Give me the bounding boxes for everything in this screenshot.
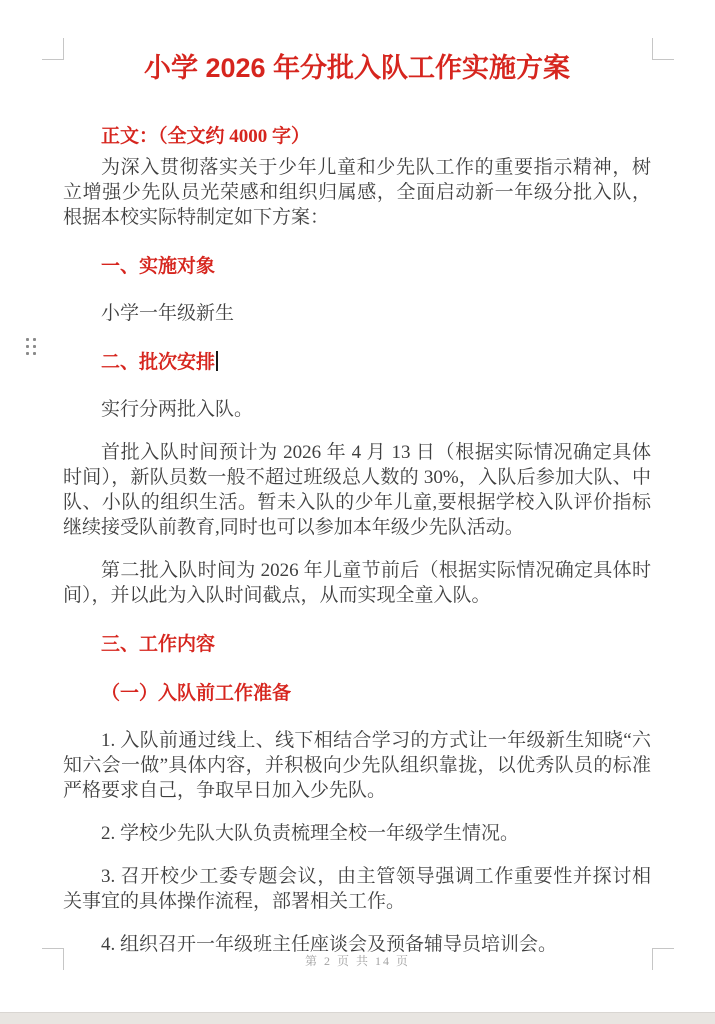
margin-mark-top-right [652,38,674,60]
paragraph[interactable]: 小学一年级新生 [63,301,651,326]
sub-section-heading[interactable]: （一）入队前工作准备 [63,681,651,706]
page-bottom-edge [0,1012,715,1024]
body-meta-line[interactable]: 正文：（全文约 4000 字） [63,124,651,149]
document-title[interactable]: 小学 2026 年分批入队工作实施方案 [63,50,651,86]
text-caret [216,351,218,371]
paragraph[interactable]: 第二批入队时间为 2026 年儿童节前后（根据实际情况确定具体时间），并以此为入… [63,558,651,608]
document-page: 小学 2026 年分批入队工作实施方案 正文：（全文约 4000 字）为深入贯彻… [0,0,715,1024]
page-number-indicator[interactable]: 第 2 页 共 14 页 [0,952,715,970]
document-body: 正文：（全文约 4000 字）为深入贯彻落实关于少年儿童和少先队工作的重要指示精… [0,124,715,957]
paragraph[interactable]: 3. 召开校少工委专题会议，由主管领导强调工作重要性并探讨相关事宜的具体操作流程… [63,864,651,914]
paragraph-drag-handle-icon[interactable] [26,338,36,355]
section-heading[interactable]: 二、批次安排 [63,350,651,375]
paragraph[interactable]: 实行分两批入队。 [63,397,651,422]
paragraph[interactable]: 为深入贯彻落实关于少年儿童和少先队工作的重要指示精神，树立增强少先队员光荣感和组… [63,155,651,230]
paragraph[interactable]: 首批入队时间预计为 2026 年 4 月 13 日（根据实际情况确定具体时间），… [63,440,651,540]
paragraph[interactable]: 1. 入队前通过线上、线下相结合学习的方式让一年级新生知晓“六知六会一做”具体内… [63,728,651,803]
margin-mark-top-left [42,38,64,60]
section-heading[interactable]: 三、工作内容 [63,632,651,657]
section-heading[interactable]: 一、实施对象 [63,254,651,279]
paragraph[interactable]: 2. 学校少先队大队负责梳理全校一年级学生情况。 [63,821,651,846]
